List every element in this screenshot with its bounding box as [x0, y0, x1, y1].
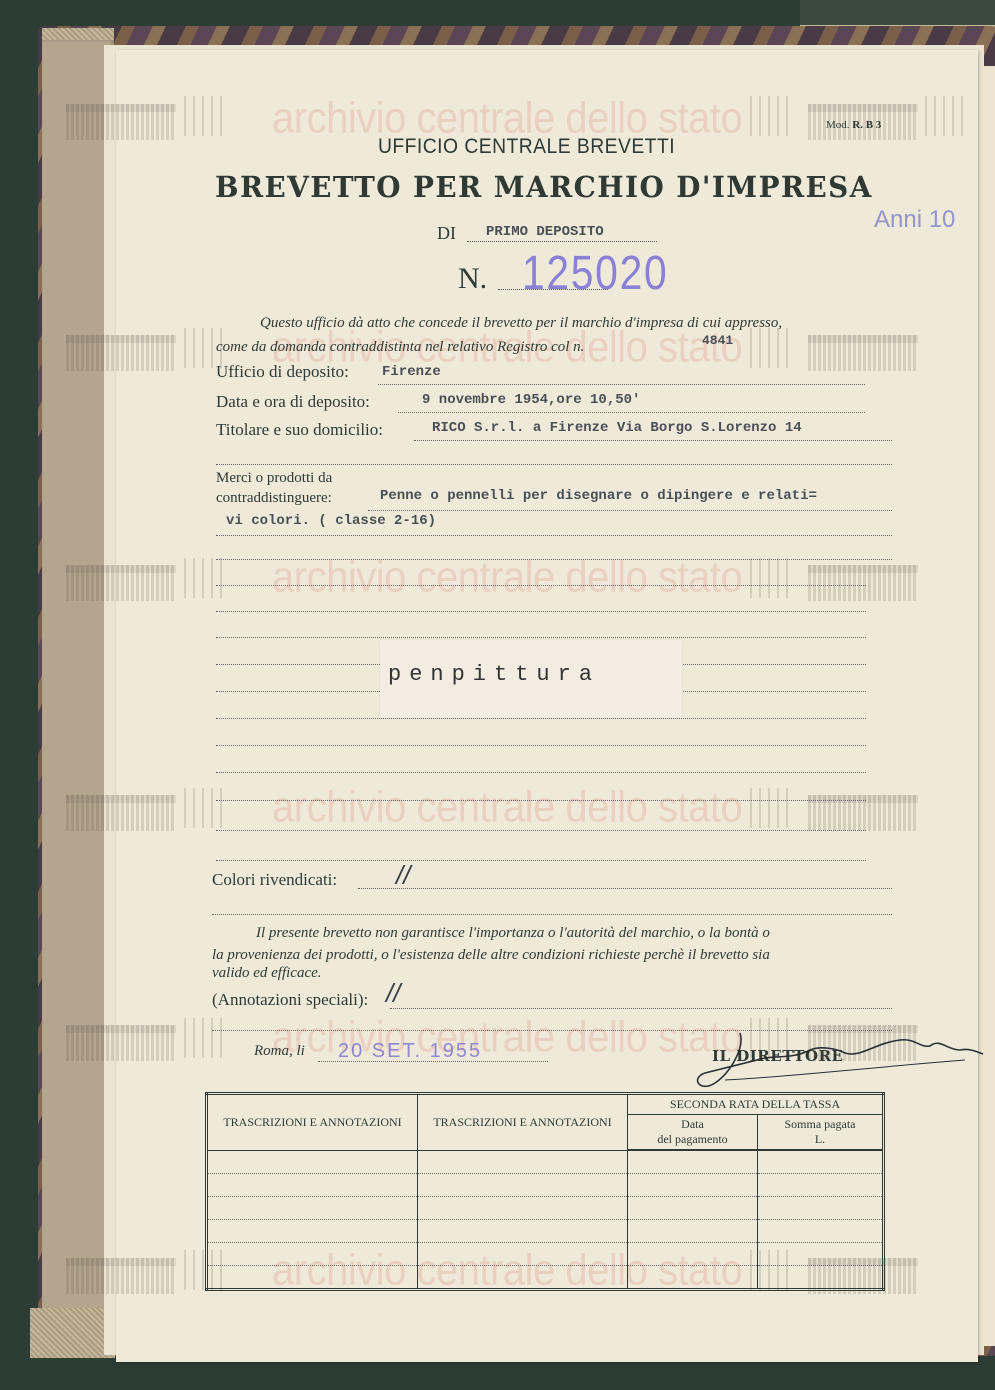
- watermark-logo: [66, 335, 176, 371]
- model-code: R. B 3: [852, 119, 881, 131]
- number-label: N.: [458, 262, 487, 296]
- colors-label: Colori rivendicati:: [212, 870, 337, 890]
- holder-value: RICO S.r.l. a Firenze Via Borgo S.Lorenz…: [432, 420, 802, 436]
- table-row: [207, 1197, 884, 1220]
- dotted-line: [414, 440, 892, 441]
- watermark-logo: [184, 1018, 224, 1058]
- table-row: [207, 1150, 884, 1174]
- date-value: 9 novembre 1954,ore 10,50': [422, 392, 640, 408]
- dotted-line: [358, 888, 892, 889]
- date-label: Data e ora di deposito:: [216, 392, 370, 412]
- issue-date-stamp: 20 SET. 1955: [338, 1040, 482, 1063]
- document-title: BREVETTO PER MARCHIO D'IMPRESA: [215, 170, 873, 204]
- goods-label-2: contraddistinguere:: [216, 490, 332, 507]
- watermark-logo: [808, 335, 918, 371]
- place-label: Roma, li: [254, 1043, 305, 1060]
- director-signature: [685, 1028, 985, 1098]
- watermark-logo: [750, 788, 790, 828]
- dotted-line: [216, 585, 866, 586]
- table-row: [207, 1243, 884, 1266]
- dotted-line: [216, 800, 866, 801]
- dotted-line: [212, 914, 892, 915]
- deposit-type-value: PRIMO DEPOSITO: [486, 224, 604, 240]
- dotted-line: [216, 535, 892, 536]
- office-value: Firenze: [382, 364, 441, 380]
- di-label: DI: [437, 223, 456, 244]
- amount-paid-line-1: Somma pagata: [760, 1117, 880, 1132]
- dotted-line: [368, 510, 892, 511]
- office-heading: UFFICIO CENTRALE BREVETTI: [378, 135, 675, 159]
- watermark-logo: [184, 558, 224, 598]
- col-header-transcriptions-2: TRASCRIZIONI E ANNOTAZIONI: [418, 1094, 628, 1151]
- binding-corner: [30, 1308, 115, 1358]
- di-dotted-line: [467, 241, 657, 242]
- trademark-label: penpittura: [380, 640, 682, 718]
- years-stamp: Anni 10: [874, 206, 955, 234]
- watermark-logo: [66, 104, 176, 140]
- model-prefix: Mod.: [826, 119, 850, 131]
- watermark-logo: [184, 96, 224, 136]
- page-edge: [975, 66, 995, 1346]
- intro-line-1: Questo ufficio dà atto che concede il br…: [260, 312, 782, 334]
- payment-date-line-2: del pagamento: [630, 1132, 755, 1147]
- dotted-line: [216, 611, 866, 612]
- goods-label-1: Merci o prodotti da: [216, 470, 332, 487]
- dotted-line: [390, 1008, 892, 1009]
- watermark-logo: [66, 1025, 176, 1061]
- dotted-line: [216, 745, 866, 746]
- register-number: 4841: [702, 333, 733, 348]
- amount-paid-line-2: L.: [760, 1132, 880, 1147]
- dotted-line: [216, 772, 866, 773]
- col-header-payment-date: Data del pagamento: [628, 1115, 758, 1151]
- dotted-line: [216, 718, 866, 719]
- table-row: [207, 1174, 884, 1197]
- table-row: [207, 1220, 884, 1243]
- watermark-logo: [66, 795, 176, 831]
- annotations-label: (Annotazioni speciali):: [212, 990, 368, 1010]
- trademark-text: penpittura: [388, 662, 600, 687]
- watermark-text: archivio centrale dello stato: [272, 553, 742, 603]
- table-row: [207, 1266, 884, 1290]
- disclaimer-line-3: valido ed efficace.: [212, 962, 322, 984]
- goods-value-1: Penne o pennelli per disegnare o dipinge…: [380, 488, 817, 504]
- intro-line-2: come da domanda contraddistinta nel rela…: [216, 336, 584, 358]
- transcriptions-table: TRASCRIZIONI E ANNOTAZIONI TRASCRIZIONI …: [205, 1092, 885, 1291]
- dotted-line: [378, 384, 865, 385]
- goods-value-2: vi colori. ( classe 2-16): [226, 513, 436, 529]
- watermark-logo: [750, 328, 790, 368]
- dotted-line: [216, 830, 866, 831]
- dotted-line: [216, 559, 892, 560]
- watermark-logo: [750, 96, 790, 136]
- dotted-line: [216, 637, 866, 638]
- watermark-logo: [750, 558, 790, 598]
- dotted-line: [398, 412, 865, 413]
- office-label: Ufficio di deposito:: [216, 362, 349, 382]
- watermark-logo: [66, 565, 176, 601]
- col-header-amount-paid: Somma pagata L.: [758, 1115, 884, 1151]
- colors-value: //: [396, 860, 410, 891]
- watermark-text: archivio centrale dello stato: [272, 783, 742, 833]
- disclaimer-line-1: Il presente brevetto non garantisce l'im…: [256, 922, 770, 944]
- dotted-line: [216, 860, 866, 861]
- watermark-logo: [66, 1258, 176, 1294]
- dotted-line: [216, 464, 892, 465]
- col-header-second-installment: SECONDA RATA DELLA TASSA: [628, 1094, 884, 1115]
- holder-label: Titolare e suo domicilio:: [216, 420, 383, 440]
- payment-date-line-1: Data: [630, 1117, 755, 1132]
- watermark-logo: [184, 788, 224, 828]
- annotations-value: //: [386, 978, 400, 1009]
- patent-number-stamp: 125020: [522, 246, 668, 301]
- watermark-logo: [808, 565, 918, 601]
- watermark-logo: [925, 96, 965, 136]
- col-header-transcriptions-1: TRASCRIZIONI E ANNOTAZIONI: [207, 1094, 418, 1151]
- form-model-code: Mod. R. B 3: [826, 119, 881, 131]
